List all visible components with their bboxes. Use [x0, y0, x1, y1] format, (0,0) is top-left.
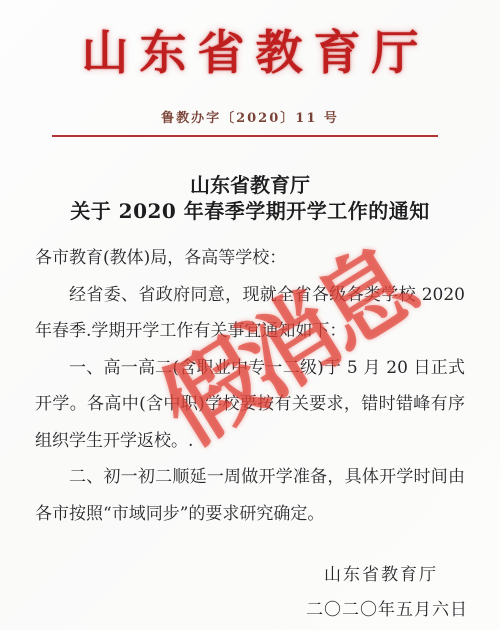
paragraph-item-2: 二、初一初二顺延一周做开学准备，具体开学时间由各市按照“市域同步”的要求研究确定…: [35, 459, 465, 532]
signature-agency: 山东省教育厅: [0, 564, 438, 586]
signature-date: 二〇二〇年五月六日: [0, 599, 468, 621]
salutation-line: 各市教育(教体)局，各高等学校：: [35, 240, 465, 277]
official-document-scan: 山东省教育厅 鲁教办字〔2020〕11 号 山东省教育厅 关于 2020 年春季…: [0, 0, 500, 630]
document-title-subject: 关于 2020 年春季学期开学工作的通知: [0, 200, 500, 222]
letterhead-separator-line: [52, 135, 438, 137]
document-title-agency: 山东省教育厅: [0, 174, 500, 196]
paragraph-item-1: 一、高一高二(含职业中专一二级)于 5 月 20 日正式开学。各高中(含中职)学…: [35, 350, 465, 460]
document-title: 山东省教育厅 关于 2020 年春季学期开学工作的通知: [0, 174, 500, 222]
document-reference-number: 鲁教办字〔2020〕11 号: [0, 107, 500, 126]
agency-letterhead: 山东省教育厅: [0, 16, 500, 83]
signature-block: 山东省教育厅 二〇二〇年五月六日: [0, 564, 500, 621]
paragraph-intro: 经省委、省政府同意，现就全省各级各类学校 2020 年春季.学期开学工作有关事宜…: [35, 277, 465, 350]
document-body: 各市教育(教体)局，各高等学校： 经省委、省政府同意，现就全省各级各类学校 20…: [35, 240, 465, 532]
